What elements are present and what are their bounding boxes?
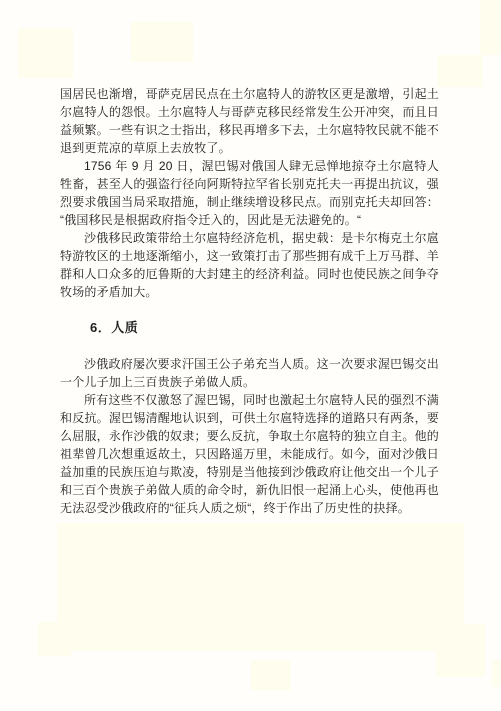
text-line: 所有这些不仅激怒了渥巴锡，同时也激起土尔扈特人民的强烈不满 (60, 391, 439, 409)
text-line: 群和人口众多的厄鲁斯的大封建主的经济利益。同时也使民族之间争夺 (60, 265, 439, 283)
paper-stain (437, 55, 483, 87)
text-line: 沙俄移民政策带给土尔扈特经济危机，据史载：是卡尔梅克土尔扈 (60, 229, 439, 247)
section-heading: 6．人质 (60, 319, 439, 337)
paper-stain (436, 624, 485, 677)
text-line: 沙俄政府屡次要求汗国王公子弟充当人质。这一次要求渥巴锡交出 (60, 355, 439, 373)
text-line: 牲畜，甚至人的强盗行径向阿斯特拉罕省长别克托夫一再提出抗议，强 (60, 175, 439, 193)
text-line: 一个儿子加上三百贵族子弟做人质。 (60, 373, 439, 391)
text-line: 益频繁。一些有识之士指出，移民再增多下去，土尔扈特牧民就不能不 (60, 121, 439, 139)
text-line: 和三百个贵族子弟做人质的命令时，新仇旧恨一起涌上心头，使他再也 (60, 481, 439, 499)
paper-stain (57, 523, 464, 651)
line-spacer (60, 337, 439, 355)
line-spacer (60, 301, 439, 319)
text-line: 国居民也渐增，哥萨克居民点在土尔扈特人的游牧区更是激增，引起土 (60, 85, 439, 103)
paper-stain (492, 660, 501, 687)
paper-stain (131, 22, 193, 62)
text-line: 1756 年 9 月 20 日，渥巴锡对俄国人肆无忌惮地掠夺土尔扈特人的 (60, 157, 439, 175)
text-line: 么屈服，永作沙俄的奴隶；要么反抗，争取土尔扈特的独立自主。他的 (60, 427, 439, 445)
book-page: 国居民也渐增，哥萨克居民点在土尔扈特人的游牧区更是激增，引起土尔扈特人的怨恨。土… (0, 0, 501, 711)
text-line: 尔扈特人的怨恨。土尔扈特人与哥萨克移民经常发生公开冲突，而且日 (60, 103, 439, 121)
paper-stain (38, 622, 71, 656)
text-line: 益加重的民族压迫与欺凌，特别是当他接到沙俄政府让他交出一个儿子 (60, 463, 439, 481)
paper-stain (251, 660, 291, 690)
text-line: “俄国移民是根据政府指令迁入的，因此是无法避免的。“ (60, 211, 439, 229)
text-line: 祖辈曾几次想重返故土，只因路遥万里，未能成行。如今，面对沙俄日 (60, 445, 439, 463)
text-line: 牧场的矛盾加大。 (60, 283, 439, 301)
text-line: 烈要求俄国当局采取措施，制止继续增设移民点。而别克托夫却回答： (60, 193, 439, 211)
paper-stain (18, 28, 73, 78)
text-line: 和反抗。渥巴锡清醒地认识到，可供土尔扈特选择的道路只有两条，要 (60, 409, 439, 427)
text-line: 特游牧区的土地逐渐缩小，这一致策打击了那些拥有成千上万马群、羊 (60, 247, 439, 265)
paper-stain (480, 0, 501, 55)
text-column: 国居民也渐增，哥萨克居民点在土尔扈特人的游牧区更是激增，引起土尔扈特人的怨恨。土… (60, 85, 439, 517)
text-line: 无法忍受沙俄政府的“征兵人质之烦“，终于作出了历史性的抉择。 (60, 499, 439, 517)
text-line: 退到更荒凉的草原上去放牧了。 (60, 139, 439, 157)
